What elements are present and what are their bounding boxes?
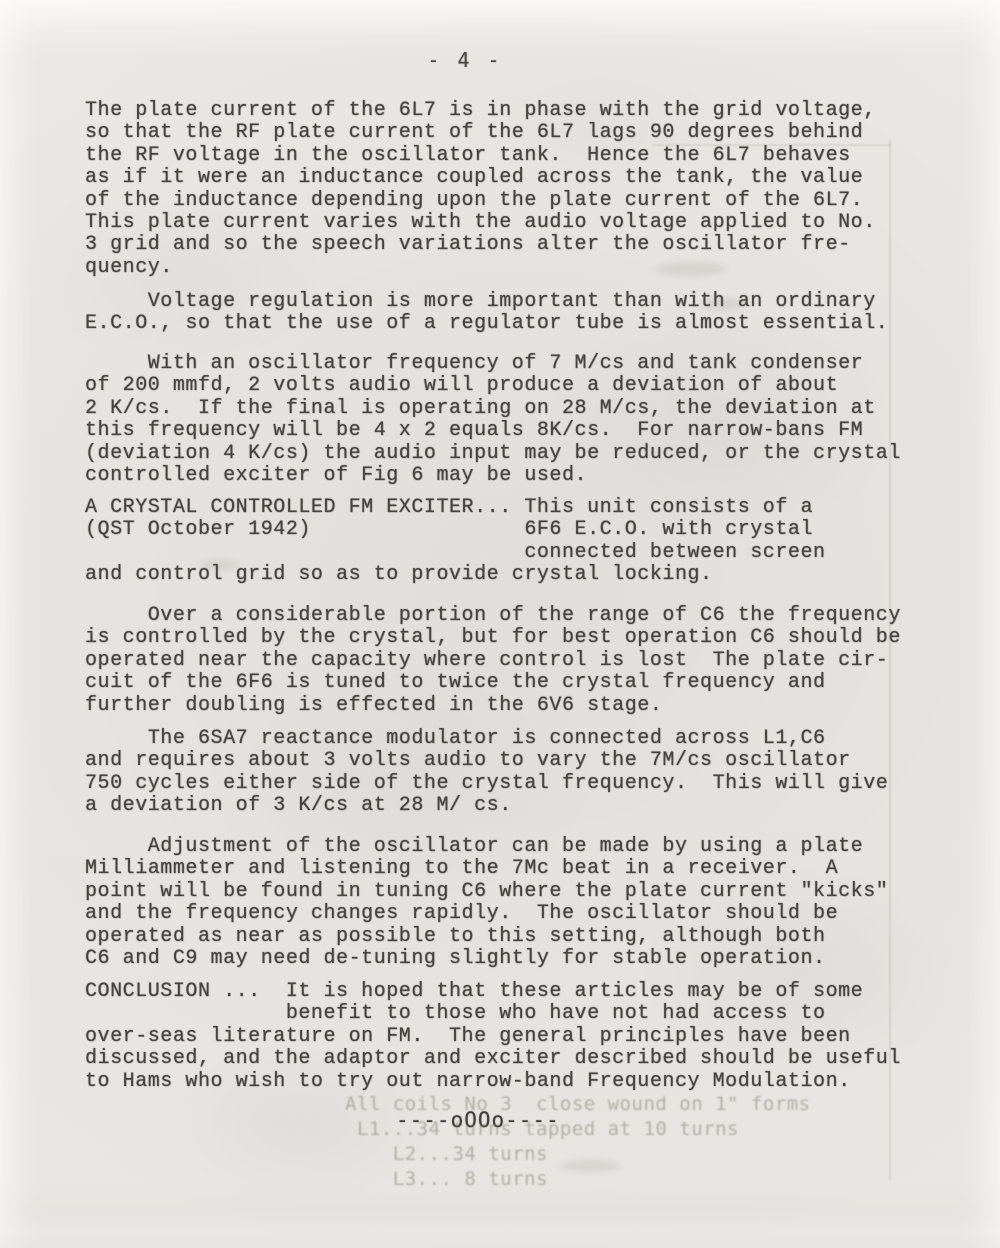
paragraph-oscillator: With an oscillator frequency of 7 M/cs a… [85, 353, 901, 487]
section-exciter-heading: A CRYSTAL CONTROLLED FM EXCITER... This … [85, 497, 826, 587]
toner-smudge [200, 560, 240, 570]
toner-smudge [655, 262, 725, 276]
paragraph-crystal-control: Over a considerable portion of the range… [85, 605, 901, 717]
paragraph-reactance: The 6SA7 reactance modulator is connecte… [85, 728, 888, 818]
bleed-through-horizontal-line [652, 144, 891, 146]
bleed-through-vertical-line [889, 140, 891, 1180]
page-number: - 4 - [0, 48, 930, 72]
toner-smudge [700, 298, 746, 310]
paragraph-adjustment: Adjustment of the oscillator can be made… [85, 836, 888, 970]
toner-smudge [560, 1160, 620, 1172]
bleed-through-text: All coils No 3 close wound on 1" forms L… [345, 1092, 811, 1192]
scan-bottom-shadow [0, 1232, 1000, 1248]
paragraph-intro: The plate current of the 6L7 is in phase… [85, 100, 876, 279]
paragraph-conclusion: CONCLUSION ... It is hoped that these ar… [85, 981, 901, 1093]
scanned-document-page: - 4 - The plate current of the 6L7 is in… [0, 0, 1000, 1248]
paragraph-regulation: Voltage regulation is more important tha… [85, 291, 888, 336]
